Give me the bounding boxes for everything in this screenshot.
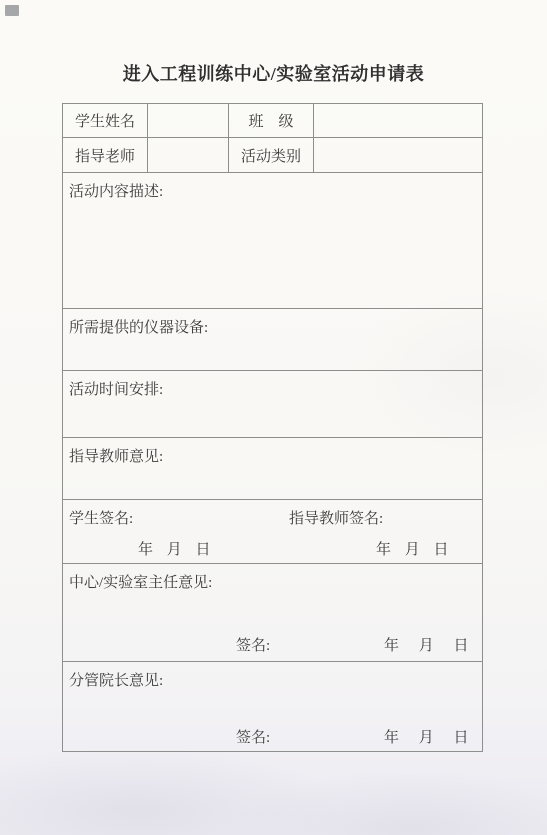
section-activity-description: 活动内容描述: [63,173,482,309]
section-director-opinion: 中心/实验室主任意见: 签名: 年 月 日 [63,564,482,662]
advisor-label-cell: 指导老师 [63,138,148,172]
row-student-class: 学生姓名 班 级 [63,104,482,138]
student-name-label-cell: 学生姓名 [63,104,148,137]
class-label: 班 级 [248,110,293,131]
advisor-signature-label: 指导教师签名: [289,507,383,528]
activity-type-label-cell: 活动类别 [229,138,314,172]
section-schedule: 活动时间安排: [63,371,482,438]
director-opinion-label: 中心/实验室主任意见: [69,571,212,592]
director-sign-date: 年 月 日 [384,634,469,655]
director-sign-label: 签名: [236,634,270,655]
student-name-value-cell [148,104,229,137]
equipment-label: 所需提供的仪器设备: [69,316,208,337]
student-name-label: 学生姓名 [75,110,135,131]
advisor-label: 指导老师 [75,145,135,166]
advisor-opinion-label: 指导教师意见: [69,445,163,466]
dean-sign-label: 签名: [236,726,270,747]
row-advisor-type: 指导老师 活动类别 [63,138,482,173]
application-form-table: 学生姓名 班 级 指导老师 活动类别 [62,103,483,752]
section-dean-opinion: 分管院长意见: 签名: 年 月 日 [63,662,482,751]
advisor-signature-date: 年 月 日 [376,538,449,559]
schedule-label: 活动时间安排: [69,378,163,399]
section-advisor-opinion: 指导教师意见: [63,438,482,500]
dean-opinion-label: 分管院长意见: [69,669,163,690]
student-signature-label: 学生签名: [69,507,133,528]
class-value-cell [314,104,482,137]
scanned-form-page: 进入工程训练中心/实验室活动申请表 学生姓名 班 级 指导老师 [0,0,547,835]
activity-description-label: 活动内容描述: [69,180,163,201]
section-equipment: 所需提供的仪器设备: [63,309,482,371]
section-signatures: 学生签名: 指导教师签名: 年 月 日 年 月 日 [63,500,482,564]
scan-corner-artifact [5,5,19,16]
dean-sign-date: 年 月 日 [384,726,469,747]
activity-type-label: 活动类别 [241,145,301,166]
student-signature-date: 年 月 日 [138,538,211,559]
form-title: 进入工程训练中心/实验室活动申请表 [0,60,547,86]
advisor-value-cell [148,138,229,172]
activity-type-value-cell [314,138,482,172]
class-label-cell: 班 级 [229,104,314,137]
